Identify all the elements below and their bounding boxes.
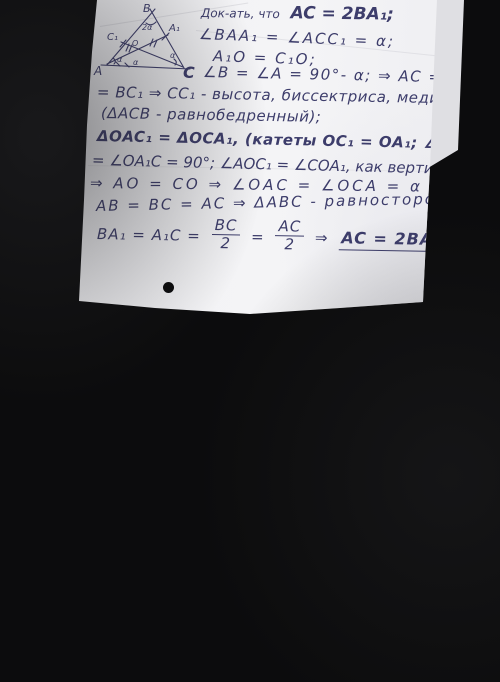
proof-line-goal: Док-ать, что AC = 2BA₁; [201, 3, 394, 24]
triangle-diagram: B A C A₁ C₁ O 2α α α α [76, 2, 210, 86]
fraction-bc-2: BC 2 [211, 218, 240, 251]
proof-line-given-angles: ∠BAA₁ = ∠ACC₁ = α; [199, 26, 396, 50]
vertex-label-a: A [93, 64, 102, 78]
conclusion-prefix: BA₁ = A₁C = [97, 225, 201, 245]
fraction-numerator: AC [275, 219, 304, 235]
conclusion-arrow: ⇒ [315, 229, 329, 247]
proof-line-6: (ΔACB - равнобедренный); [101, 105, 322, 125]
point-label-c1: C₁ [107, 32, 118, 43]
qed-label: , ч.т.д. [451, 231, 500, 250]
proof-line-10: AB = BC = AC ⇒ ΔABC - равносторонний ⇒ [96, 189, 500, 214]
angle-label-c: α [170, 51, 176, 60]
fraction-ac-2: AC 2 [275, 219, 304, 252]
vertex-label-c: C [183, 63, 195, 82]
right-angle-tick [162, 33, 169, 40]
ink-dot [163, 282, 174, 293]
proof-line-4: ∠B = ∠A = 90°- α; ⇒ AC = [203, 64, 443, 86]
goal-prefix: Док-ать, что [201, 6, 280, 21]
side-bc [150, 9, 184, 68]
point-label-a1: A₁ [168, 23, 180, 34]
goal-statement: AC = 2BA₁; [290, 3, 394, 24]
scanned-notes-page: B A C A₁ C₁ O 2α α α α Док-ать, что AC =… [0, 0, 500, 682]
point-label-o: O [132, 39, 138, 48]
side-ac [101, 65, 190, 69]
fraction-denominator: 2 [275, 235, 304, 252]
paper-sheet: B A C A₁ C₁ O 2α α α α Док-ать, что AC =… [0, 0, 500, 682]
conclusion-equals: = [251, 228, 265, 246]
fraction-denominator: 2 [211, 234, 240, 251]
fraction-numerator: BC [212, 218, 241, 234]
proof-line-5: = BC₁ ⇒ CC₁ - высота, биссектриса, медиа… [97, 84, 470, 107]
final-result-underlined: AC = 2BA₁ [339, 228, 445, 252]
vertex-label-b: B [143, 2, 151, 15]
angle-label-base: α [133, 58, 139, 67]
proof-line-conclusion: BA₁ = A₁C = BC 2 = AC 2 ⇒ AC = 2BA₁ , ч.… [97, 218, 500, 258]
angle-label-a: α [117, 55, 123, 64]
angle-label-2a: 2α [142, 23, 153, 32]
